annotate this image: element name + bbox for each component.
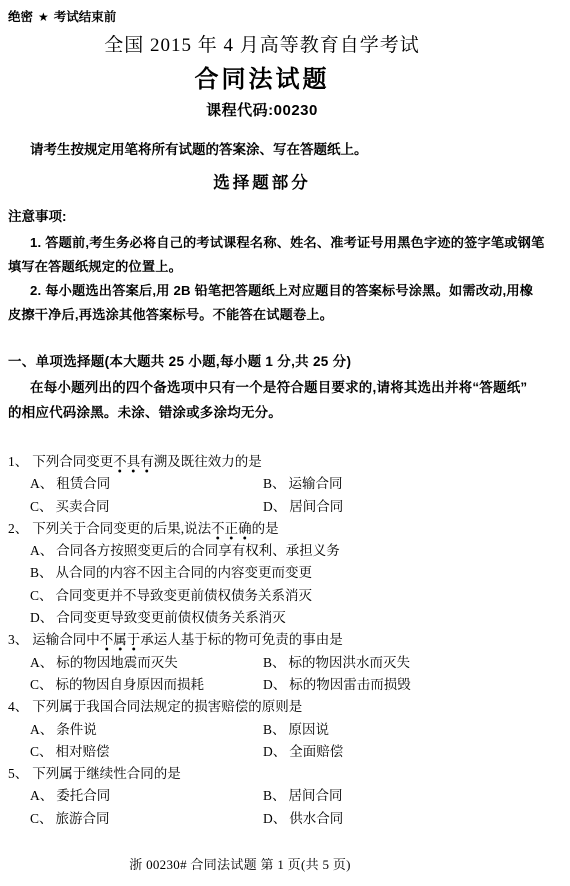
- note-line: 1. 答题前,考生务必将自己的考试课程名称、姓名、准考证号用黑色字迹的签字笔或钢…: [8, 231, 556, 255]
- secrecy-banner: 绝密★考试结束前: [8, 8, 556, 26]
- question-text: 承运人基于标的物可免责的事由是: [140, 632, 343, 647]
- option-c: C、买卖合同: [30, 496, 263, 518]
- option-label: C、: [30, 744, 53, 759]
- question-stem: 3、运输合同中不属于承运人基于标的物可免责的事由是: [8, 629, 556, 651]
- option-label: B、: [263, 476, 286, 491]
- option-b: B、原因说: [263, 719, 329, 741]
- secrecy-suffix: 考试结束前: [54, 10, 117, 24]
- paper-title: 合同法试题: [8, 62, 556, 98]
- question-number: 2、: [8, 521, 28, 536]
- option-label: A、: [30, 788, 53, 803]
- part-note-line: 的相应代码涂黑。未涂、错涂或多涂均无分。: [8, 400, 556, 425]
- question-3: 3、运输合同中不属于承运人基于标的物可免责的事由是 A、标的物因地震而灭失 B、…: [8, 629, 556, 696]
- option-a: A、委托合同: [30, 785, 263, 807]
- question-5: 5、下列属于继续性合同的是 A、委托合同 B、居间合同 C、旅游合同 D、供水合…: [8, 763, 556, 830]
- question-number: 3、: [8, 632, 28, 647]
- option-label: D、: [30, 610, 53, 625]
- option-c: C、标的物因自身原因而损耗: [30, 674, 263, 696]
- option-text: 相对赔偿: [56, 744, 110, 759]
- option-text: 原因说: [289, 722, 330, 737]
- question-1: 1、下列合同变更不具有溯及既往效力的是 A、租赁合同 B、运输合同 C、买卖合同…: [8, 451, 556, 518]
- question-number: 5、: [8, 766, 28, 781]
- option-c: C、合同变更并不导致变更前债权债务关系消灭: [30, 585, 556, 607]
- option-c: C、旅游合同: [30, 808, 263, 830]
- question-text: 的是: [252, 521, 279, 536]
- question-text: 下列合同变更: [32, 454, 113, 469]
- option-row: A、委托合同 B、居间合同: [30, 785, 556, 807]
- option-label: D、: [263, 499, 286, 514]
- question-4: 4、下列属于我国合同法规定的损害赔偿的原则是 A、条件说 B、原因说 C、相对赔…: [8, 696, 556, 763]
- section-title: 选择题部分: [8, 169, 556, 197]
- option-text: 运输合同: [289, 476, 343, 491]
- option-label: A、: [30, 655, 53, 670]
- option-text: 标的物因地震而灭失: [56, 655, 178, 670]
- option-text: 旅游合同: [56, 811, 110, 826]
- question-text: 运输合同中: [32, 632, 100, 647]
- option-label: A、: [30, 476, 53, 491]
- secrecy-prefix: 绝密: [8, 10, 33, 24]
- question-2: 2、下列关于合同变更的后果,说法不正确的是 A、合同各方按照变更后的合同享有权利…: [8, 518, 556, 629]
- option-b: B、标的物因洪水而灭失: [263, 652, 410, 674]
- option-label: A、: [30, 543, 53, 558]
- note-line: 皮擦干净后,再选涂其他答案标号。不能答在试题卷上。: [8, 303, 556, 327]
- option-text: 居间合同: [289, 788, 343, 803]
- question-text: 溯及既往效力的是: [154, 454, 262, 469]
- question-number: 4、: [8, 699, 28, 714]
- option-label: C、: [30, 499, 53, 514]
- option-text: 标的物因洪水而灭失: [289, 655, 411, 670]
- option-text: 合同变更并不导致变更前债权债务关系消灭: [56, 588, 313, 603]
- option-row: C、旅游合同 D、供水合同: [30, 808, 556, 830]
- option-d: D、供水合同: [263, 808, 343, 830]
- course-code: 课程代码:00230: [8, 100, 556, 122]
- option-label: C、: [30, 588, 53, 603]
- option-row: C、标的物因自身原因而损耗 D、标的物因雷击而损毁: [30, 674, 556, 696]
- option-label: B、: [263, 788, 286, 803]
- option-row: C、买卖合同 D、居间合同: [30, 496, 556, 518]
- question-stem: 1、下列合同变更不具有溯及既往效力的是: [8, 451, 556, 473]
- option-text: 标的物因雷击而损毁: [289, 677, 411, 692]
- question-stem: 2、下列关于合同变更的后果,说法不正确的是: [8, 518, 556, 540]
- option-label: B、: [30, 565, 53, 580]
- option-label: C、: [30, 811, 53, 826]
- question-stem: 5、下列属于继续性合同的是: [8, 763, 556, 785]
- exam-page: 绝密★考试结束前 全国 2015 年 4 月高等教育自学考试 合同法试题 课程代…: [0, 0, 570, 886]
- question-stem: 4、下列属于我国合同法规定的损害赔偿的原则是: [8, 696, 556, 718]
- question-text-emphasized: 不属于: [100, 632, 141, 651]
- option-d: D、居间合同: [263, 496, 343, 518]
- option-text: 委托合同: [56, 788, 110, 803]
- option-label: D、: [263, 677, 286, 692]
- option-a: A、条件说: [30, 719, 263, 741]
- star-icon: ★: [38, 10, 49, 24]
- note-line: 2. 每小题选出答案后,用 2B 铅笔把答题纸上对应题目的答案标号涂黑。如需改动…: [8, 279, 556, 303]
- notes-title: 注意事项:: [8, 207, 556, 227]
- option-label: D、: [263, 744, 286, 759]
- option-text: 从合同的内容不因主合同的内容变更而变更: [56, 565, 313, 580]
- option-a: A、租赁合同: [30, 473, 263, 495]
- option-c: C、相对赔偿: [30, 741, 263, 763]
- option-d: D、全面赔偿: [263, 741, 343, 763]
- option-label: A、: [30, 722, 53, 737]
- option-label: D、: [263, 811, 286, 826]
- option-a: A、标的物因地震而灭失: [30, 652, 263, 674]
- option-text: 条件说: [56, 722, 97, 737]
- option-label: C、: [30, 677, 53, 692]
- note-line: 填写在答题纸规定的位置上。: [8, 255, 556, 279]
- part-note-line: 在每小题列出的四个备选项中只有一个是符合题目要求的,请将其选出并将“答题纸”: [8, 375, 556, 400]
- option-row: A、标的物因地震而灭失 B、标的物因洪水而灭失: [30, 652, 556, 674]
- option-row: A、租赁合同 B、运输合同: [30, 473, 556, 495]
- option-d: D、合同变更导致变更前债权债务关系消灭: [30, 607, 556, 629]
- option-label: B、: [263, 655, 286, 670]
- option-row: A、条件说 B、原因说: [30, 719, 556, 741]
- option-row: C、相对赔偿 D、全面赔偿: [30, 741, 556, 763]
- pen-instruction: 请考生按规定用笔将所有试题的答案涂、写在答题纸上。: [8, 140, 556, 160]
- notes-block: 注意事项: 1. 答题前,考生务必将自己的考试课程名称、姓名、准考证号用黑色字迹…: [8, 207, 556, 327]
- option-text: 合同变更导致变更前债权债务关系消灭: [56, 610, 286, 625]
- option-b: B、运输合同: [263, 473, 343, 495]
- option-text: 买卖合同: [56, 499, 110, 514]
- option-d: D、标的物因雷击而损毁: [263, 674, 411, 696]
- question-text: 下列关于合同变更的后果,说法: [32, 521, 211, 536]
- question-text-emphasized: 不具有: [113, 454, 154, 473]
- option-a: A、合同各方按照变更后的合同享有权利、承担义务: [30, 540, 556, 562]
- option-text: 标的物因自身原因而损耗: [56, 677, 205, 692]
- option-b: B、从合同的内容不因主合同的内容变更而变更: [30, 562, 556, 584]
- option-text: 租赁合同: [56, 476, 110, 491]
- option-text: 全面赔偿: [289, 744, 343, 759]
- question-number: 1、: [8, 454, 28, 469]
- question-text: 下列属于继续性合同的是: [32, 766, 181, 781]
- page-footer: 浙 00230# 合同法试题 第 1 页(共 5 页): [8, 856, 556, 874]
- exam-series-title: 全国 2015 年 4 月高等教育自学考试: [8, 33, 556, 59]
- option-b: B、居间合同: [263, 785, 343, 807]
- option-text: 合同各方按照变更后的合同享有权利、承担义务: [56, 543, 340, 558]
- question-list: 1、下列合同变更不具有溯及既往效力的是 A、租赁合同 B、运输合同 C、买卖合同…: [8, 451, 556, 830]
- option-text: 供水合同: [289, 811, 343, 826]
- question-text-emphasized: 不正确: [211, 521, 252, 540]
- option-label: B、: [263, 722, 286, 737]
- part-heading: 一、单项选择题(本大题共 25 小题,每小题 1 分,共 25 分): [8, 352, 556, 372]
- question-text: 下列属于我国合同法规定的损害赔偿的原则是: [32, 699, 302, 714]
- option-text: 居间合同: [289, 499, 343, 514]
